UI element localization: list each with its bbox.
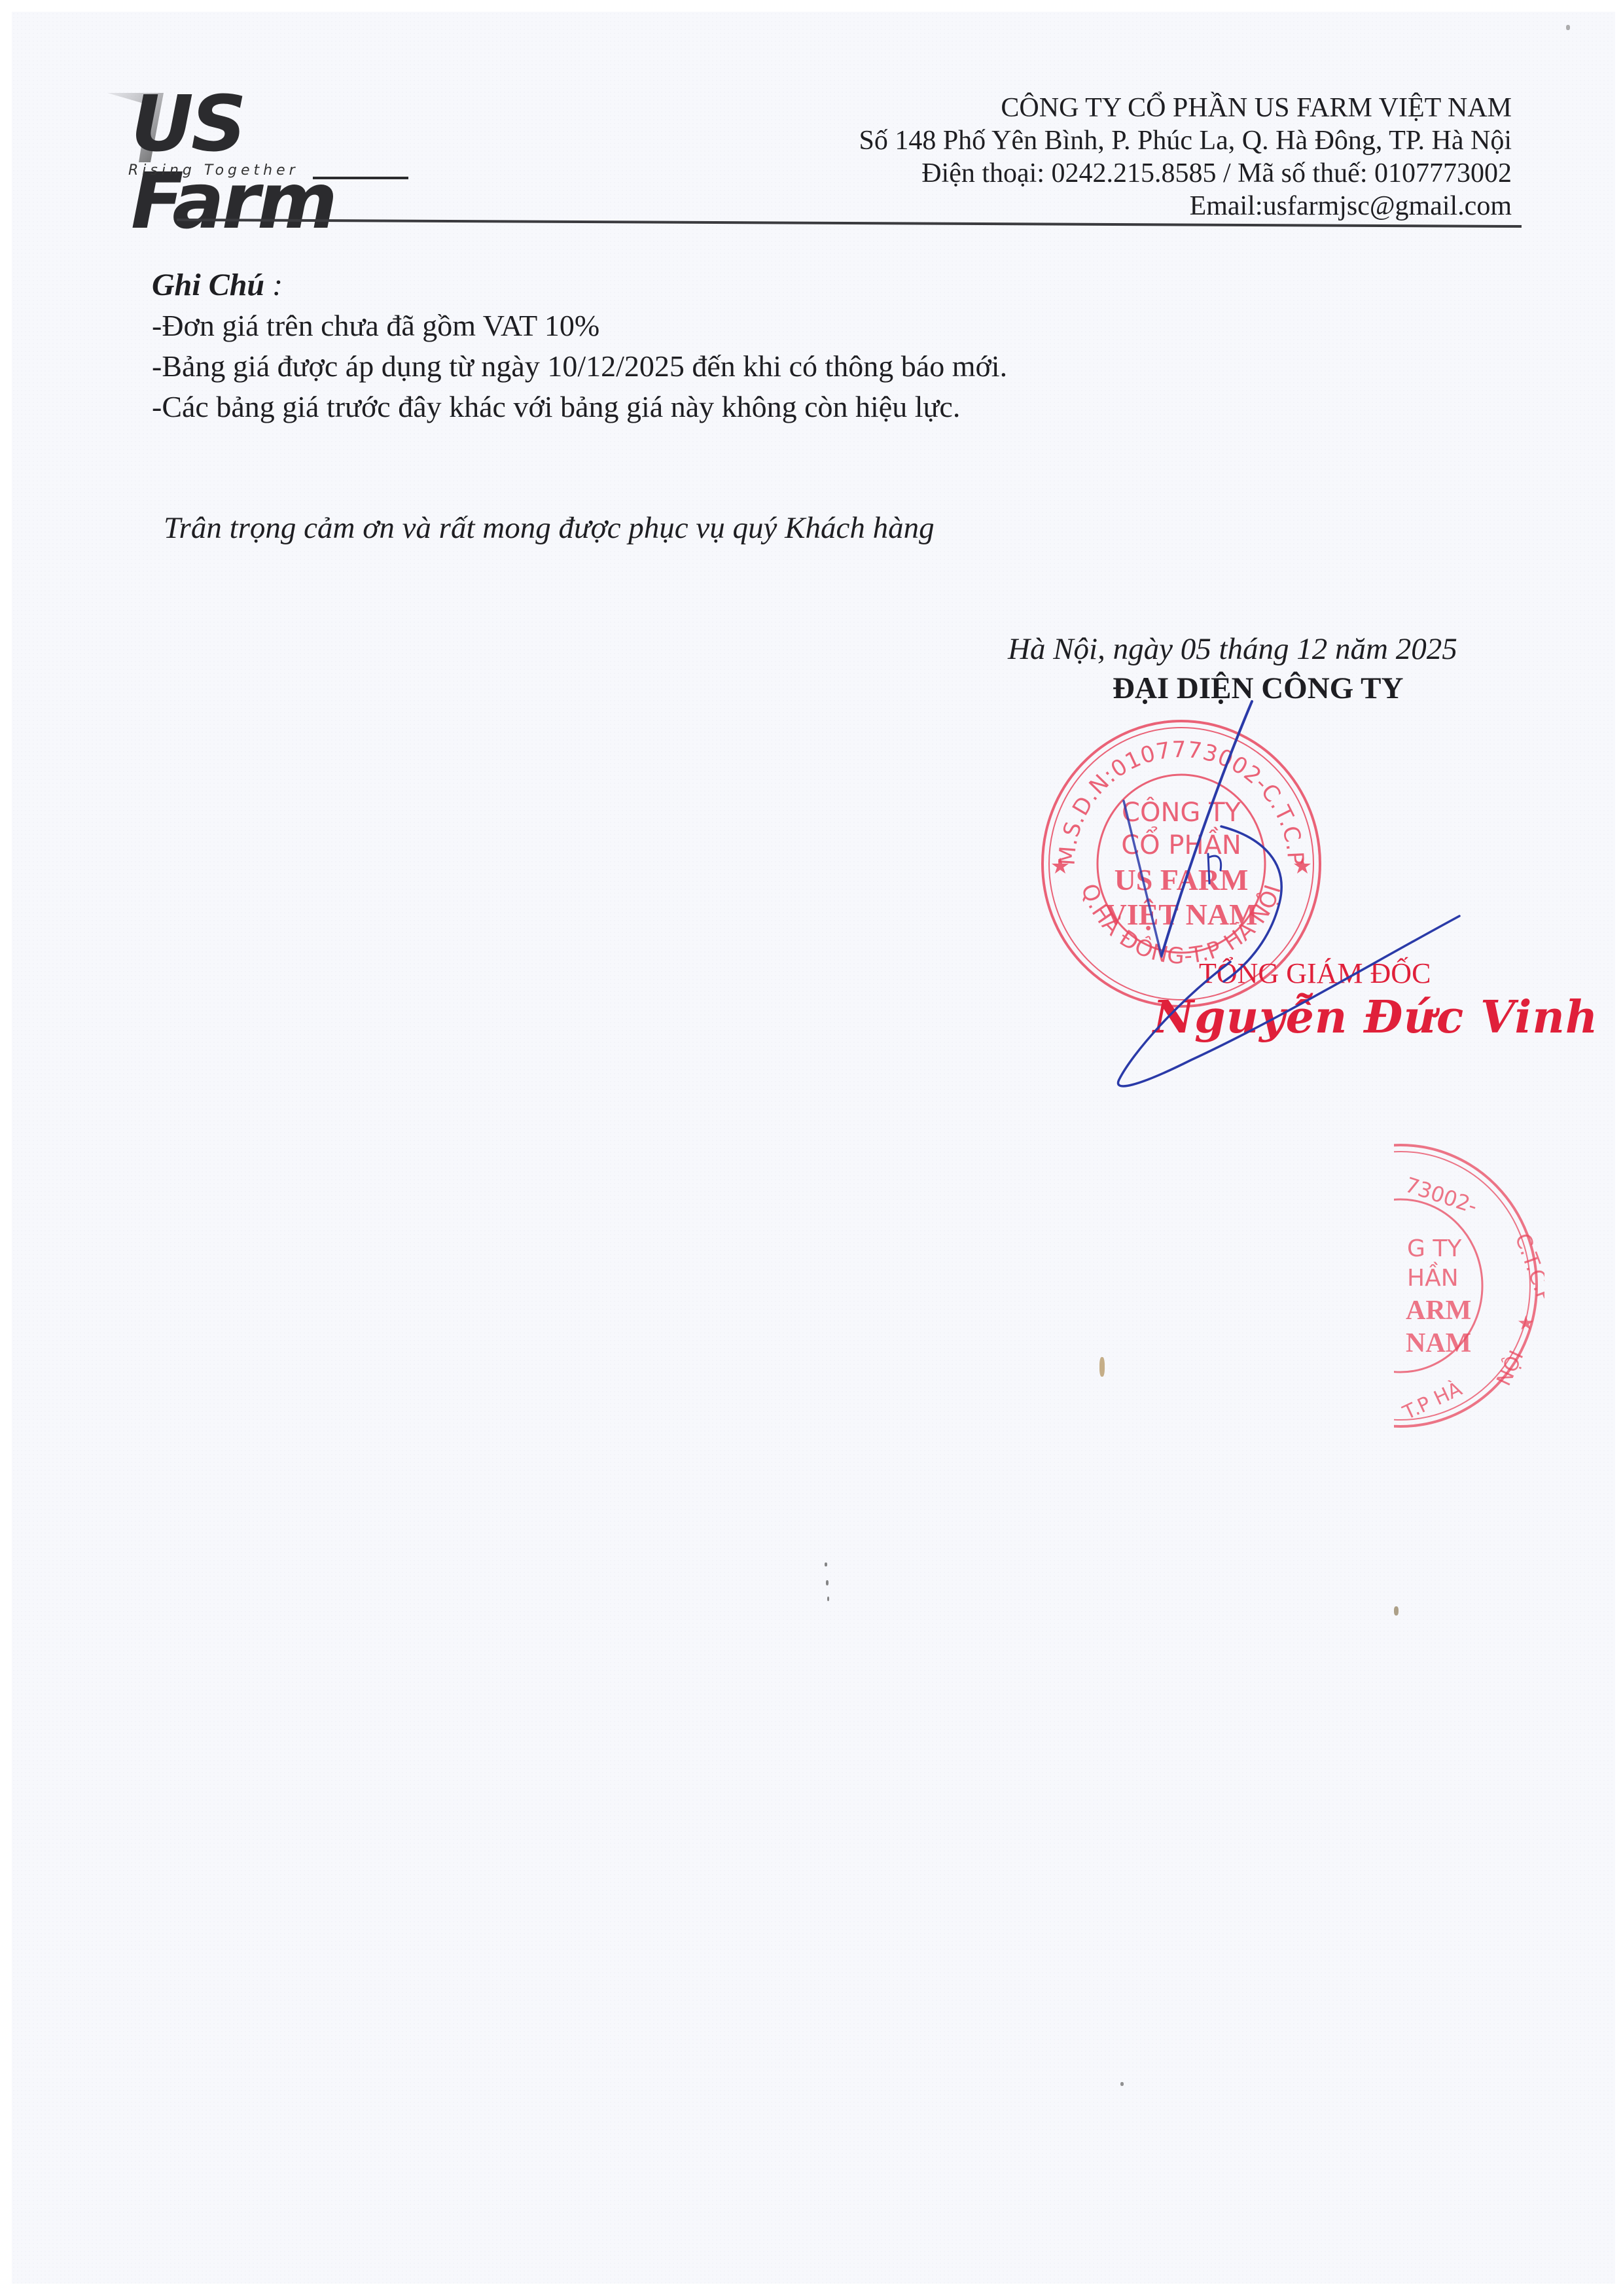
svg-text:CÔNG TY: CÔNG TY <box>1122 796 1241 828</box>
notes-title: Ghi Chú : <box>152 265 1007 306</box>
notes-section: Ghi Chú : -Đơn giá trên chưa đã gồm VAT … <box>152 265 1007 427</box>
thanks-line: Trân trọng cảm ơn và rất mong được phục … <box>164 510 935 546</box>
svg-text:HẦN: HẦN <box>1407 1262 1459 1292</box>
scan-speck <box>827 1597 829 1601</box>
logo-tagline: Rising Together <box>128 162 299 179</box>
svg-text:CỔ PHẦN: CỔ PHẦN <box>1121 826 1241 860</box>
svg-text:C.T.C.P: C.T.C.P <box>1510 1230 1544 1307</box>
svg-text:NAM: NAM <box>1406 1328 1471 1358</box>
signer-position: TỔNG GIÁM ĐỐC <box>1199 957 1431 990</box>
svg-text:US FARM: US FARM <box>1115 863 1249 896</box>
svg-text:★: ★ <box>1517 1312 1535 1335</box>
svg-text:VIỆT NAM: VIỆT NAM <box>1105 898 1257 931</box>
svg-text:T.P HÀ: T.P HÀ <box>1399 1377 1466 1424</box>
company-phone-tax: Điện thoại: 0242.215.8585 / Mã số thuế: … <box>859 157 1512 190</box>
company-logo: US Farm Rising Together <box>105 85 412 196</box>
scan-speck <box>1099 1357 1105 1377</box>
note-item: -Bảng giá được áp dụng từ ngày 10/12/202… <box>152 346 1007 387</box>
logo-rule <box>313 177 408 179</box>
company-address: Số 148 Phố Yên Bình, P. Phúc La, Q. Hà Đ… <box>859 124 1512 157</box>
partial-stamp: 73002- C.T.C.P ★ NỘI T.P HÀ G TY HẦN ARM… <box>1394 1139 1544 1433</box>
scan-speck <box>1566 25 1570 30</box>
signer-name: Nguyễn Đức Vinh <box>1153 991 1598 1044</box>
scan-speck <box>1120 2082 1124 2086</box>
svg-text:★: ★ <box>1293 853 1312 879</box>
representative-heading: ĐẠI DIỆN CÔNG TY <box>1113 671 1403 706</box>
scan-speck <box>1394 1606 1399 1616</box>
scan-speck <box>825 1563 827 1566</box>
company-header: CÔNG TY CỔ PHẦN US FARM VIỆT NAM Số 148 … <box>859 92 1512 222</box>
svg-text:★: ★ <box>1050 853 1070 879</box>
date-line: Hà Nội, ngày 05 tháng 12 năm 2025 <box>1008 631 1457 667</box>
scan-speck <box>826 1580 829 1585</box>
company-name: CÔNG TY CỔ PHẦN US FARM VIỆT NAM <box>859 92 1512 124</box>
note-item: -Đơn giá trên chưa đã gồm VAT 10% <box>152 306 1007 346</box>
svg-text:G TY: G TY <box>1407 1235 1462 1262</box>
note-item: -Các bảng giá trước đây khác với bảng gi… <box>152 387 1007 427</box>
svg-text:ARM: ARM <box>1406 1296 1471 1326</box>
svg-text:NỘI: NỘI <box>1491 1347 1529 1389</box>
company-email: Email:usfarmjsc@gmail.com <box>859 190 1512 222</box>
